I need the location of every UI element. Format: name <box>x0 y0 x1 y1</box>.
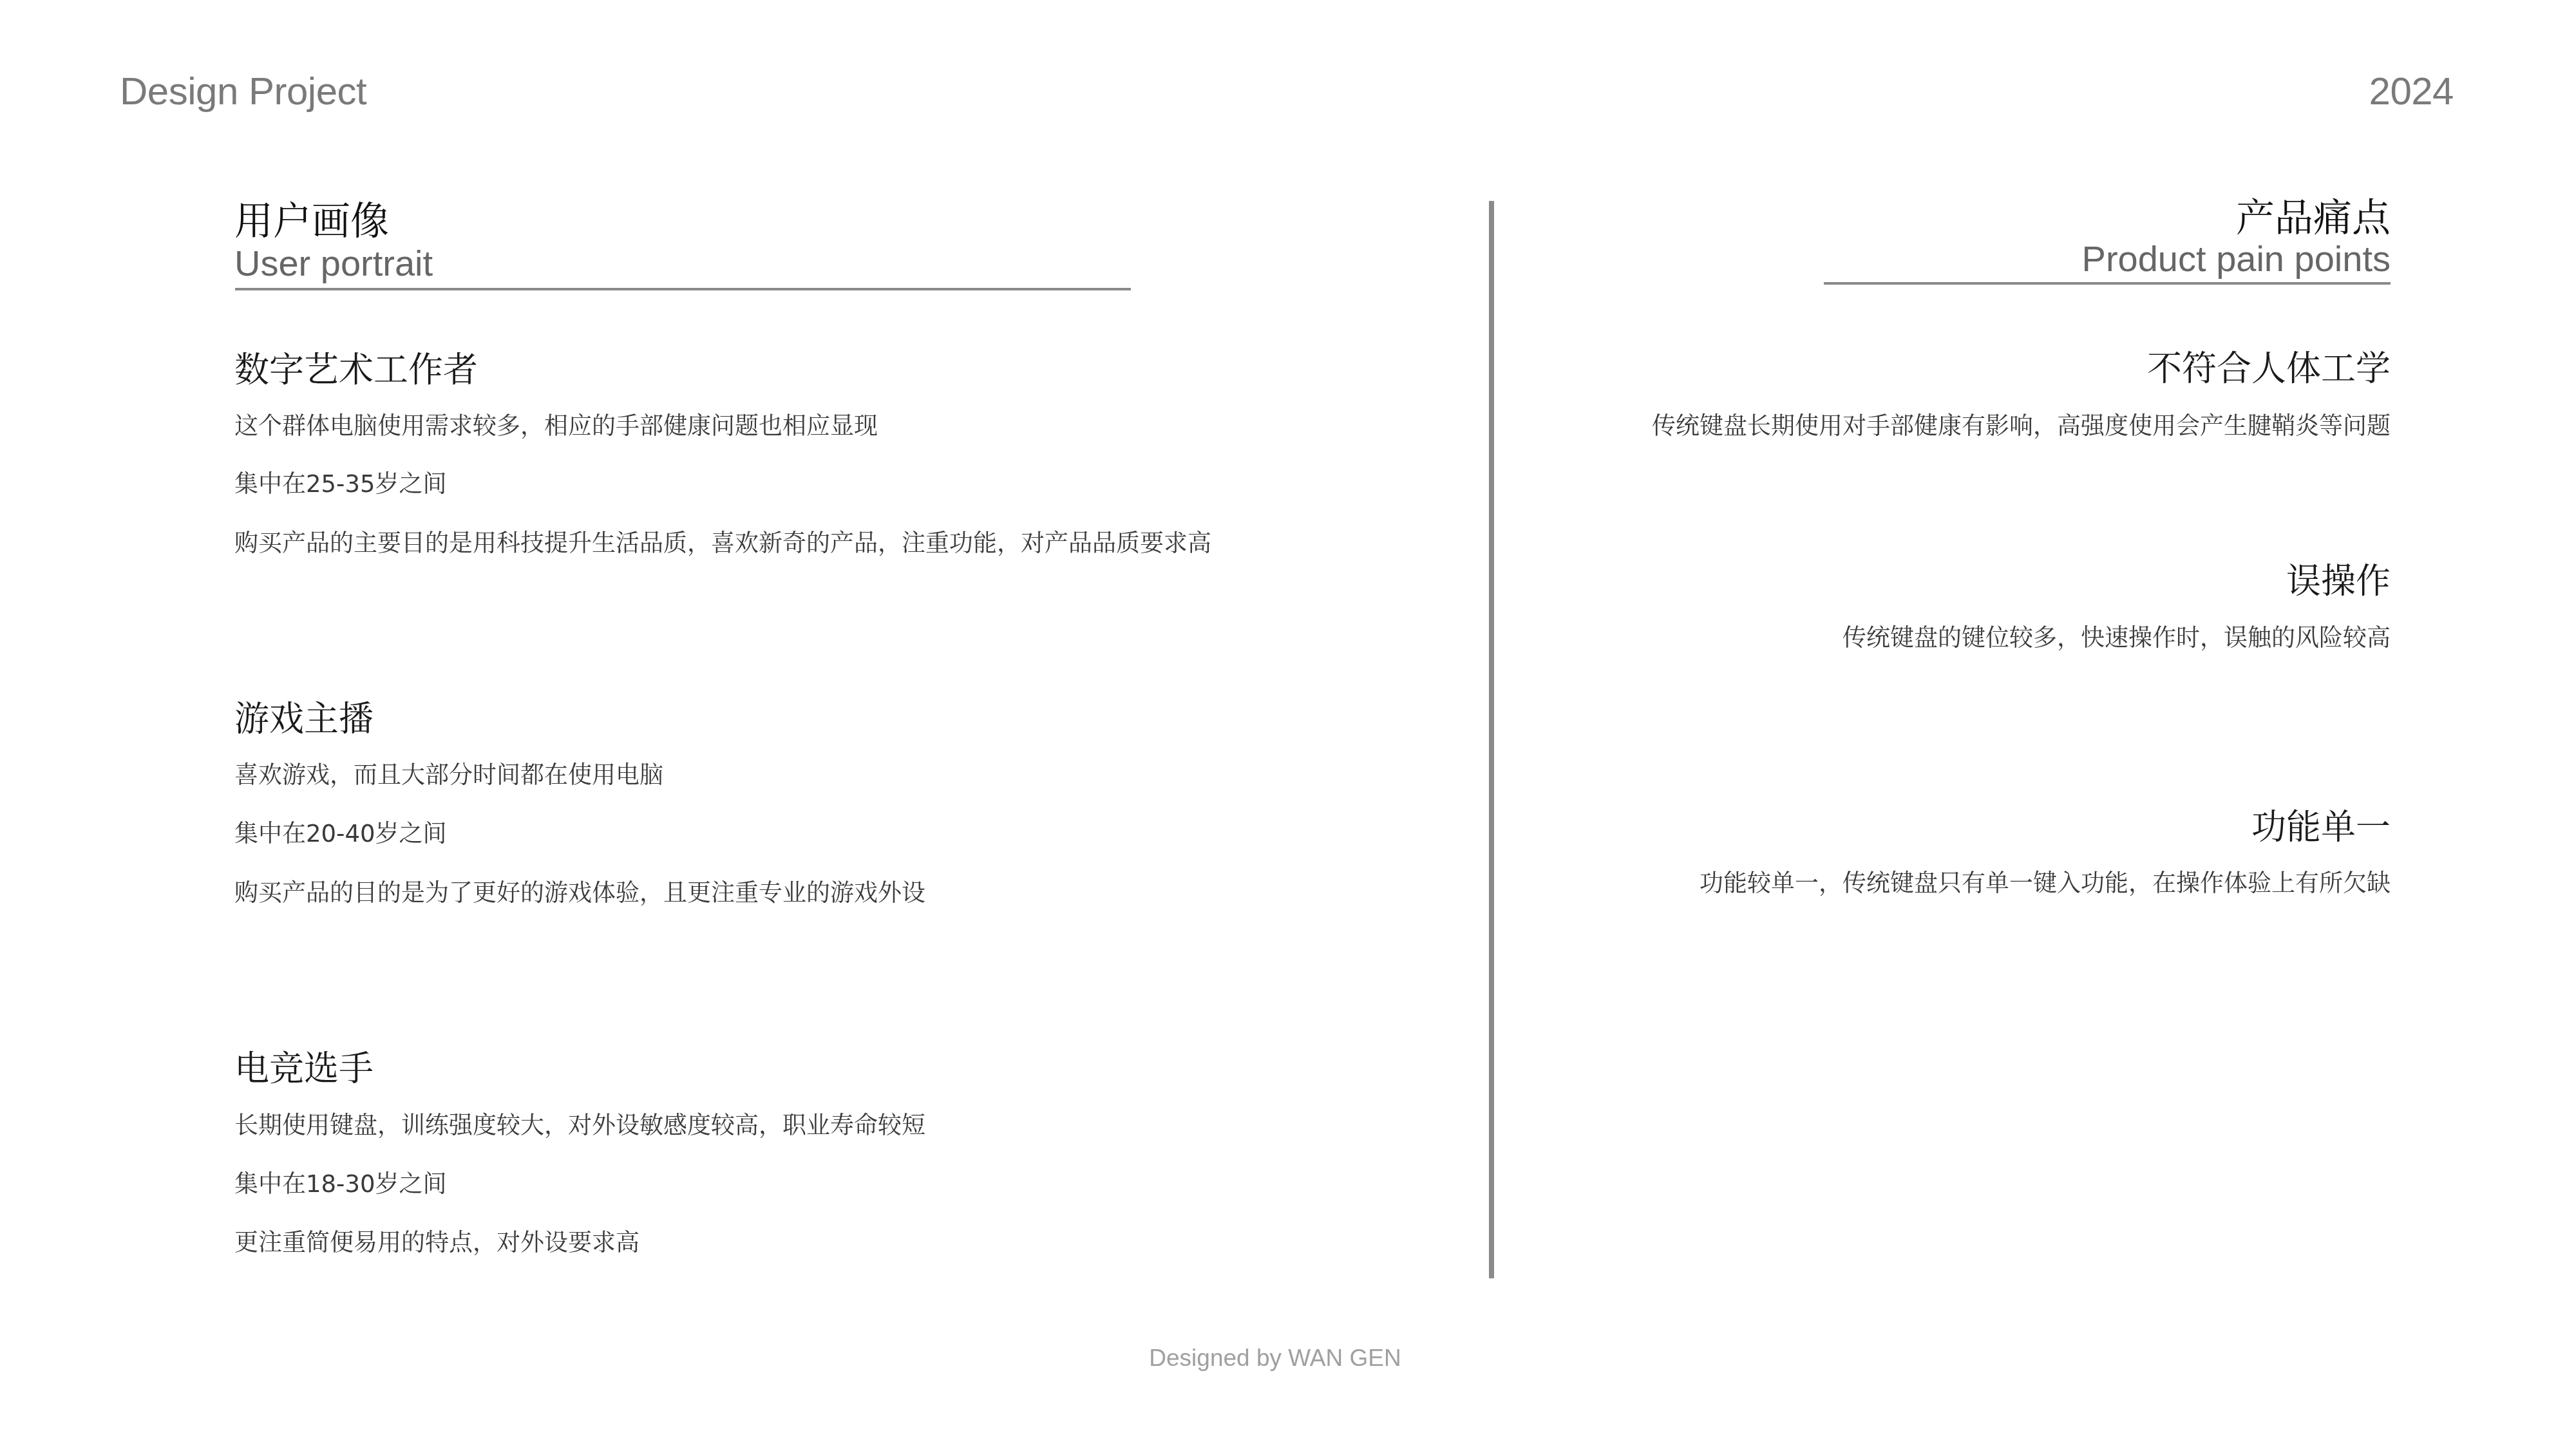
pain-point-description: 功能较单一，传统键盘只有单一键入功能，在操作体验上有所欠缺 <box>1700 871 2391 895</box>
persona-title: 电竞选手 <box>234 1052 374 1086</box>
pain-point-title: 功能单一 <box>2251 810 2391 845</box>
persona-line: 长期使用键盘，训练强度较大，对外设敏感度较高，职业寿命较短 <box>234 1113 925 1137</box>
user-portrait-title-cn: 用户画像 <box>234 202 389 241</box>
pain-points-underline <box>1824 282 2391 285</box>
persona-line: 更注重简便易用的特点，对外设要求高 <box>234 1231 639 1255</box>
persona-line: 这个群体电脑使用需求较多，相应的手部健康问题也相应显现 <box>234 414 878 438</box>
persona-title: 数字艺术工作者 <box>234 353 478 388</box>
pain-points-title-en: Product pain points <box>2082 241 2391 277</box>
pain-point-title: 不符合人体工学 <box>2147 352 2391 386</box>
pain-point-description: 传统键盘长期使用对手部健康有影响，高强度使用会产生腱鞘炎等问题 <box>1652 414 2391 438</box>
persona-line: 集中在18-30岁之间 <box>234 1172 447 1196</box>
project-label: Design Project <box>120 72 366 111</box>
year-label: 2024 <box>2369 72 2454 111</box>
user-portrait-underline <box>235 288 1131 290</box>
persona-title: 游戏主播 <box>234 702 374 737</box>
user-portrait-title-en: User portrait <box>234 245 433 281</box>
column-divider <box>1489 201 1494 1278</box>
persona-line: 喜欢游戏，而且大部分时间都在使用电脑 <box>234 763 663 787</box>
pain-point-title: 误操作 <box>2286 564 2391 599</box>
pain-points-title-cn: 产品痛点 <box>2236 199 2391 238</box>
persona-line: 集中在20-40岁之间 <box>234 822 447 846</box>
footer-credit: Designed by WAN GEN <box>0 1346 2576 1370</box>
pain-point-description: 传统键盘的键位较多，快速操作时，误触的风险较高 <box>1842 626 2391 650</box>
persona-line: 集中在25-35岁之间 <box>234 472 447 496</box>
persona-line: 购买产品的目的是为了更好的游戏体验，且更注重专业的游戏外设 <box>234 881 925 905</box>
persona-line: 购买产品的主要目的是用科技提升生活品质，喜欢新奇的产品，注重功能，对产品品质要求… <box>234 531 1211 555</box>
